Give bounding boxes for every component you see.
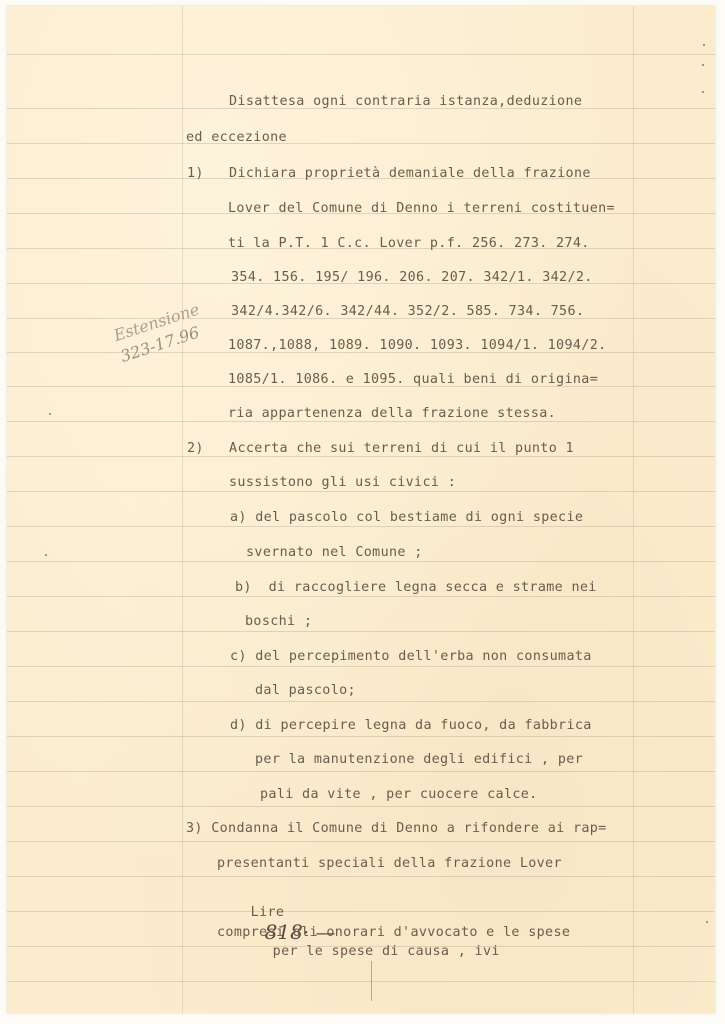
text-line: presentanti speciali della frazione Love…: [217, 856, 562, 871]
text-line: b) di raccogliere legna secca e strame n…: [235, 580, 597, 595]
ruled-line: [7, 981, 715, 982]
text-line: per la manutenzione degli edifici , per: [255, 752, 583, 767]
text-line: ed eccezione: [186, 130, 287, 145]
ruled-line: [7, 701, 715, 702]
ruled-line: [7, 806, 715, 807]
text-line: svernato nel Comune ;: [246, 545, 423, 560]
document-page: Disattesa ogni contraria istanza,deduzio…: [7, 6, 715, 1013]
paper-crease: [371, 961, 372, 1001]
lire-label: Lire: [251, 905, 285, 920]
ruled-line: [7, 491, 715, 492]
text-line: compresi gli onorari d'avvocato e le spe…: [217, 925, 570, 940]
paper-speck: [702, 64, 704, 66]
text-line: 1085/1. 1086. e 1095. quali beni di orig…: [228, 372, 598, 387]
ruled-line: [7, 143, 715, 144]
text-line: sussistono gli usi civici :: [229, 475, 456, 490]
margin-rule-right: [633, 6, 634, 1013]
text-line: c) del percepimento dell'erba non consum…: [230, 649, 592, 664]
text-line: 2) Accerta che sui terreni di cui il pun…: [187, 441, 574, 456]
margin-annotation: Estensione 323-17.96: [111, 299, 209, 368]
ruled-line: [7, 456, 715, 457]
ruled-line: [7, 666, 715, 667]
text-line: ria appartenenza della frazione stessa.: [228, 406, 556, 421]
ruled-line: [7, 54, 715, 55]
margin-rule-left: [182, 6, 183, 1013]
paper-speck: [706, 921, 708, 923]
text-line: 354. 156. 195/ 196. 206. 207. 342/1. 342…: [231, 270, 593, 285]
ruled-line: [7, 876, 715, 877]
text-line: pali da vite , per cuocere calce.: [260, 787, 538, 802]
ruled-line: [7, 421, 715, 422]
paper-speck: [703, 44, 705, 46]
text-line: d) di percepire legna da fuoco, da fabbr…: [230, 718, 592, 733]
paper-speck: [45, 554, 47, 556]
text-line: Lover del Comune di Denno i terreni cost…: [228, 201, 615, 216]
ruled-line: [7, 596, 715, 597]
text-line: Disattesa ogni contraria istanza,deduzio…: [229, 94, 582, 109]
ruled-line: [7, 771, 715, 772]
ruled-line: [7, 526, 715, 527]
text-line: a) del pascolo col bestiame di ogni spec…: [230, 510, 583, 525]
paper-speck: [702, 91, 704, 93]
text-line: 3) Condanna il Comune di Denno a rifonde…: [186, 821, 607, 836]
ruled-line: [7, 736, 715, 737]
text-line: 1087.,1088, 1089. 1090. 1093. 1094/1. 10…: [228, 338, 607, 353]
text-line: ti la P.T. 1 C.c. Lover p.f. 256. 273. 2…: [228, 236, 590, 251]
lire-suffix: per le spese di causa , ivi: [273, 944, 500, 959]
paper-speck: [49, 413, 51, 415]
text-line: boschi ;: [245, 614, 312, 629]
ruled-line: [7, 841, 715, 842]
text-line: 342/4.342/6. 342/44. 352/2. 585. 734. 75…: [231, 304, 584, 319]
ruled-line: [7, 631, 715, 632]
text-line: 1) Dichiara proprietà demaniale della fr…: [187, 166, 591, 181]
text-line: dal pascolo;: [255, 683, 356, 698]
ruled-line: [7, 561, 715, 562]
